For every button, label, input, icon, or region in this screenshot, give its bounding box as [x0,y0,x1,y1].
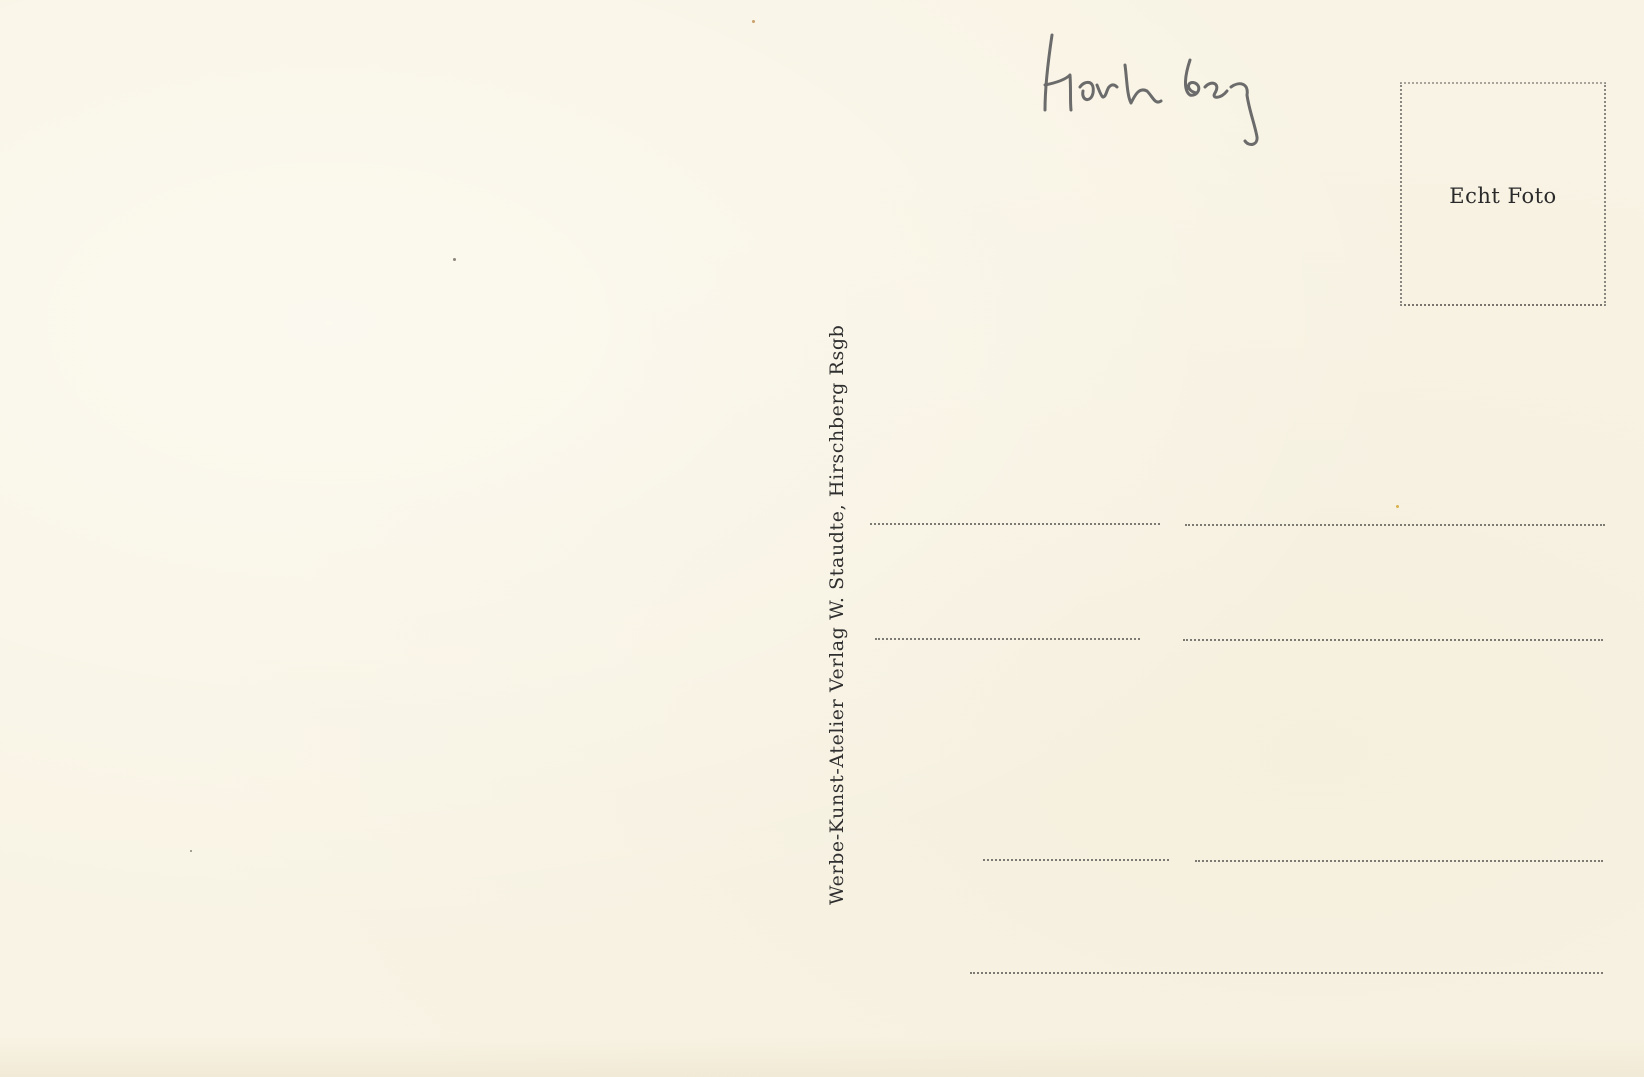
paper-speck [190,850,192,852]
publisher-imprint: Werbe-Kunst-Atelier Verlag W. Staudte, H… [826,325,848,905]
paper-speck [1396,505,1399,508]
address-line-3b [1195,860,1603,862]
address-line-1a [870,523,1160,525]
paper-speck [752,20,755,23]
stamp-label: Echt Foto [1402,184,1604,208]
paper-edge [0,1037,1644,1077]
address-line-4 [970,972,1603,974]
address-line-1b [1185,524,1605,526]
address-line-2a [875,638,1140,640]
stamp-box: Echt Foto [1400,82,1606,306]
handwritten-note: Hirschberg [1035,25,1305,155]
address-line-3a [983,859,1169,861]
address-line-2b [1183,639,1603,641]
handwriting-icon: Hirschberg [1035,25,1305,155]
paper-speck [453,258,456,261]
postcard-back: Hirschberg Werbe-Kunst-Atelier Verlag W.… [0,0,1644,1077]
